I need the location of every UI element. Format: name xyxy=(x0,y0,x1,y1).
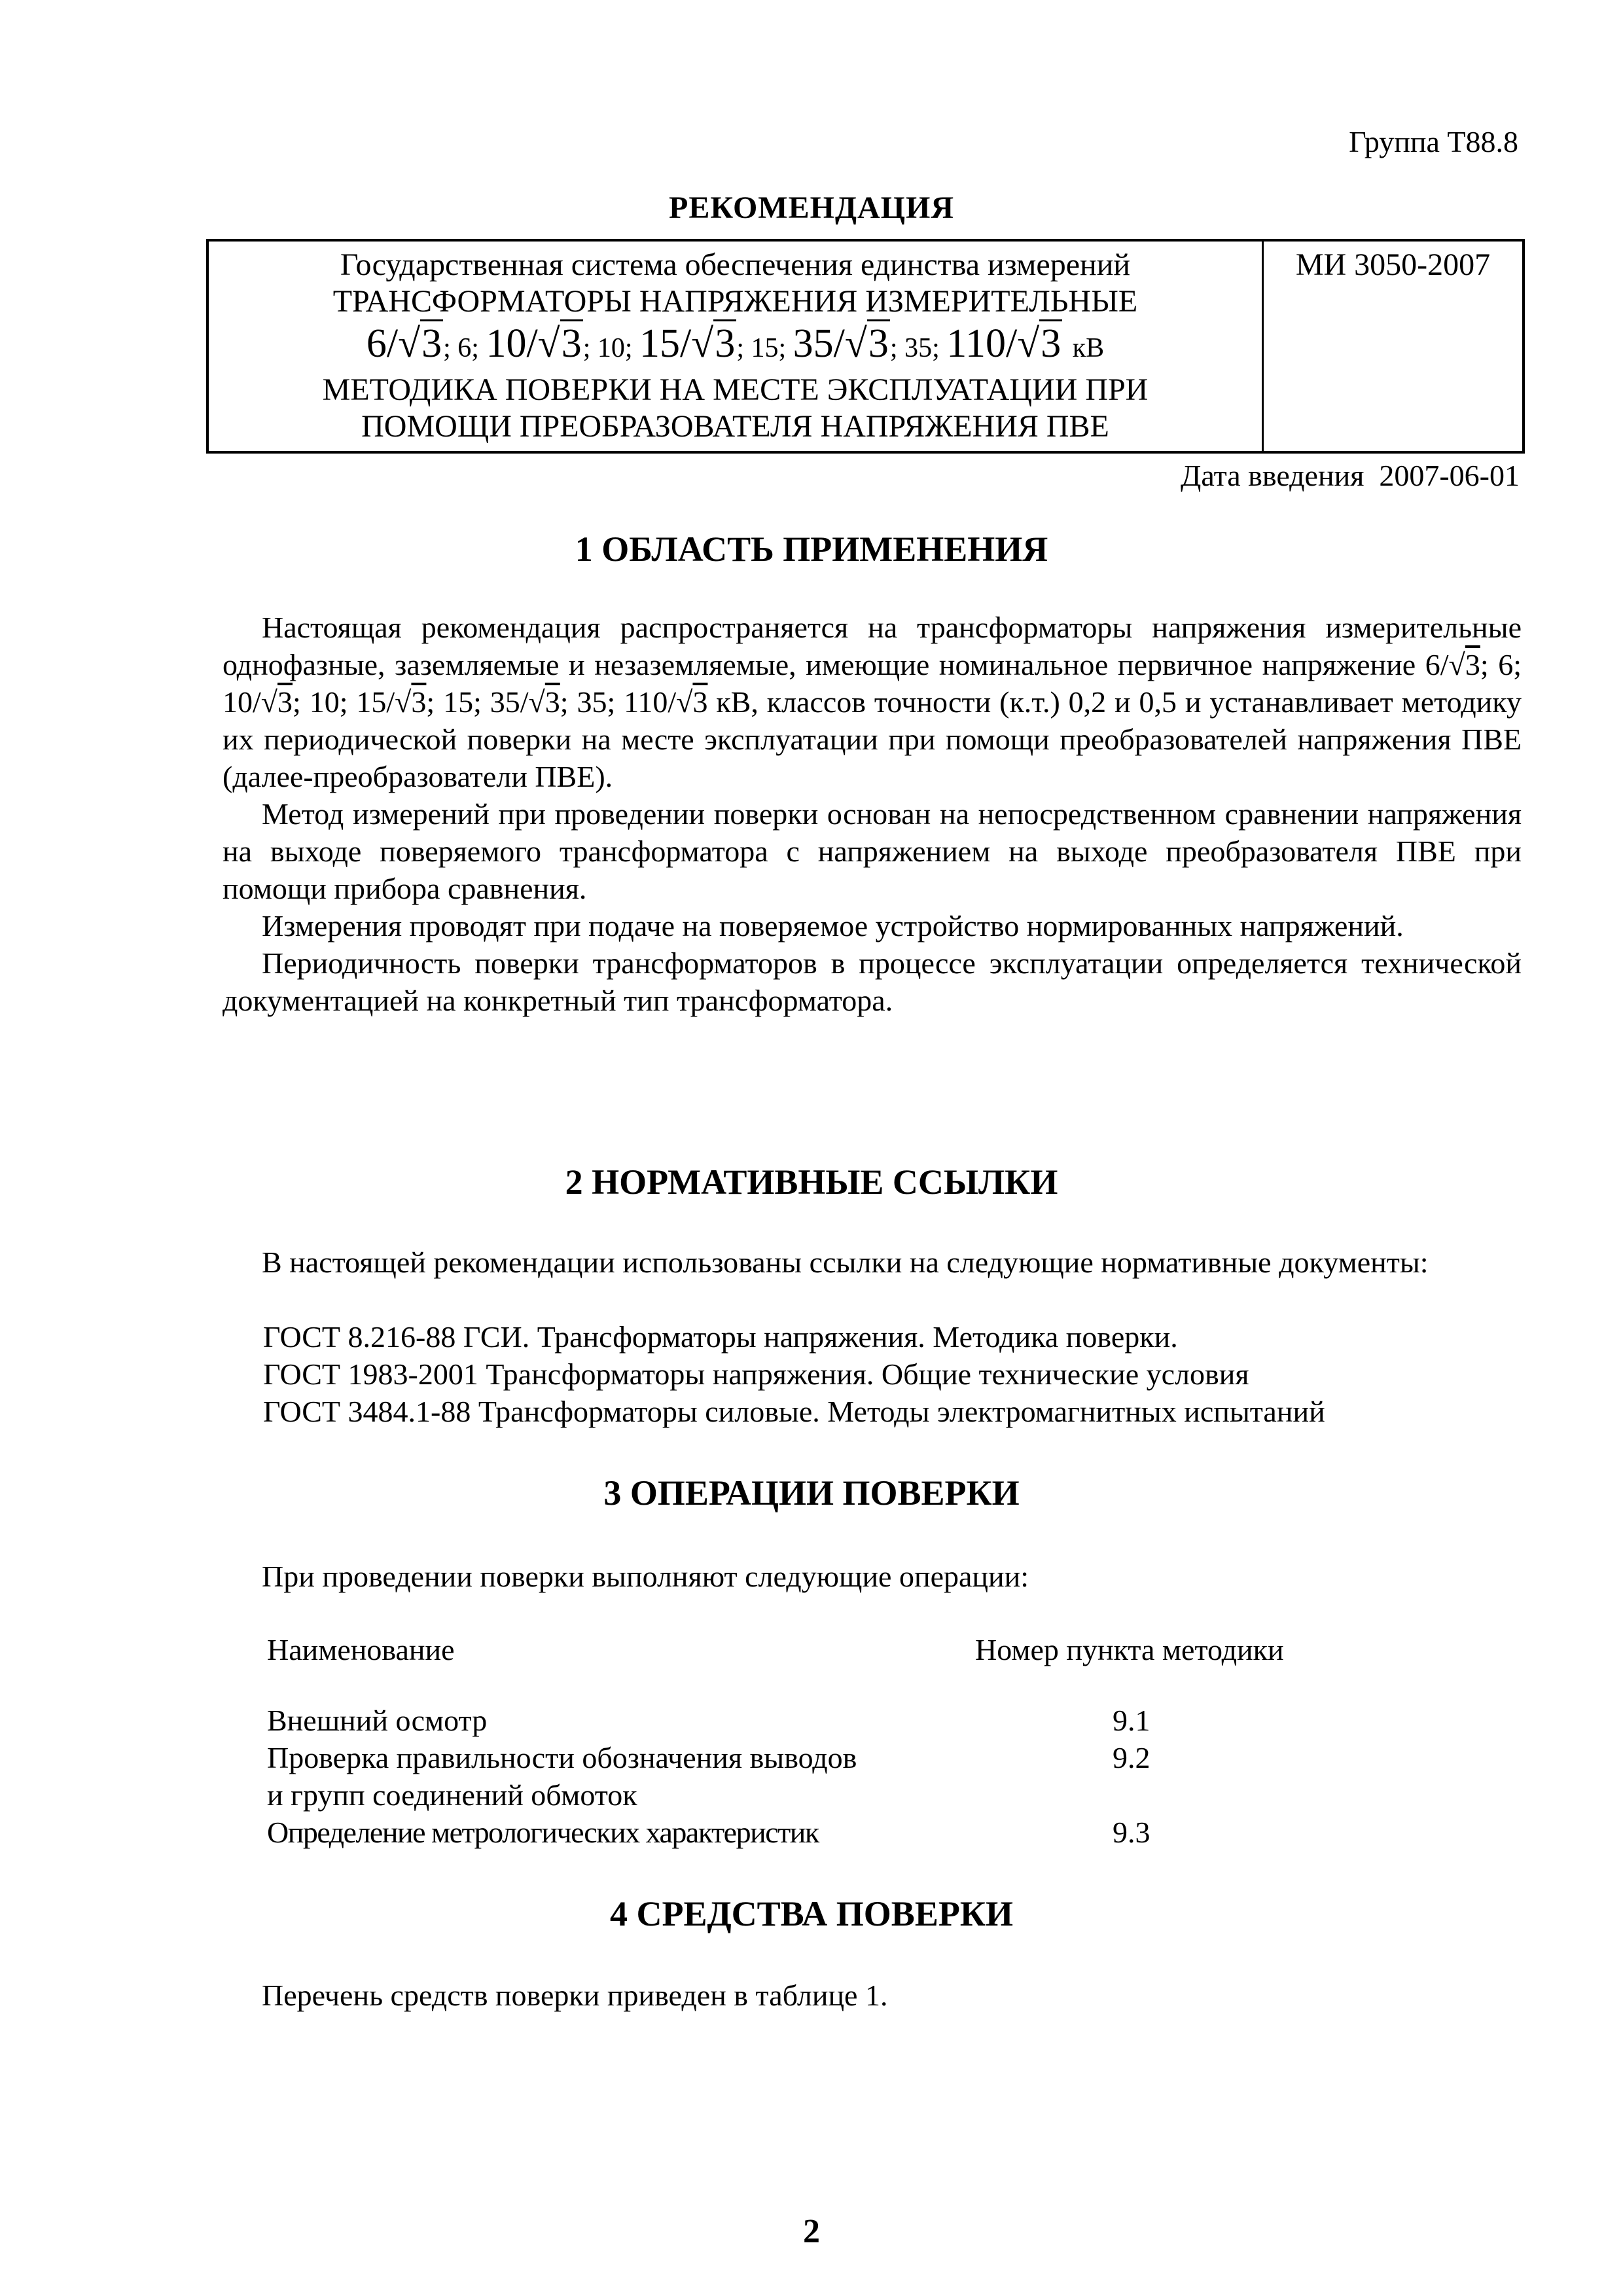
paragraph: Настоящая рекомендация распространяется … xyxy=(223,609,1522,795)
sqrt-symbol: √3 xyxy=(538,320,583,367)
reference-item: ГОСТ 3484.1-88 Трансформаторы силовые. М… xyxy=(223,1393,1325,1430)
voltage-line: 6/√3; 6; 10/√3; 10; 15/√3; 15; 35/√3; 35… xyxy=(209,320,1262,372)
operation-name: Определение метрологических характеристи… xyxy=(267,1814,819,1851)
paragraph: Периодичность поверки трансформаторов в … xyxy=(223,944,1522,1019)
title-line-4: ПОМОЩИ ПРЕОБРАЗОВАТЕЛЯ НАПРЯЖЕНИЯ ПВЕ xyxy=(209,408,1262,445)
section-2-body: В настоящей рекомендации использованы сс… xyxy=(223,1244,1522,1281)
operation-name: Проверка правильности обозначения выводо… xyxy=(267,1739,857,1776)
sqrt-symbol: √3 xyxy=(691,320,736,367)
operation-name: Внешний осмотр xyxy=(267,1702,487,1739)
title-block-main: Государственная система обеспечения един… xyxy=(209,242,1264,451)
title-block: Государственная система обеспечения един… xyxy=(206,239,1525,454)
sqrt-symbol: √3 xyxy=(1017,320,1062,367)
reference-item: ГОСТ 8.216-88 ГСИ. Трансформаторы напряж… xyxy=(223,1318,1178,1355)
section-1-title: 1 ОБЛАСТЬ ПРИМЕНЕНИЯ xyxy=(0,529,1623,569)
section-3-title: 3 ОПЕРАЦИИ ПОВЕРКИ xyxy=(0,1473,1623,1513)
section-2-title: 2 НОРМАТИВНЫЕ ССЫЛКИ xyxy=(0,1162,1623,1202)
operation-number: 9.3 xyxy=(1113,1814,1150,1851)
paragraph: Метод измерений при проведении поверки о… xyxy=(223,795,1522,907)
section-4-title: 4 СРЕДСТВА ПОВЕРКИ xyxy=(0,1893,1623,1934)
sqrt-symbol: √3 xyxy=(398,320,443,367)
column-header-number: Номер пункта методики xyxy=(975,1631,1284,1668)
column-header-name: Наименование xyxy=(267,1631,455,1668)
section-4-body: Перечень средств поверки приведен в табл… xyxy=(262,1977,887,2014)
group-code: Группа Т88.8 xyxy=(1349,124,1518,159)
intro-date: Дата введения 2007-06-01 xyxy=(1181,458,1520,493)
sqrt-symbol: √3 xyxy=(845,320,890,367)
operation-number: 9.1 xyxy=(1113,1702,1150,1739)
title-line-3: МЕТОДИКА ПОВЕРКИ НА МЕСТЕ ЭКСПЛУАТАЦИИ П… xyxy=(209,372,1262,408)
document-type: РЕКОМЕНДАЦИЯ xyxy=(0,190,1623,226)
operation-number: 9.2 xyxy=(1113,1739,1150,1776)
page-number: 2 xyxy=(0,2212,1623,2251)
paragraph: Измерения проводят при подаче на поверяе… xyxy=(223,907,1522,944)
title-line-1: ТРАНСФОРМАТОРЫ НАПРЯЖЕНИЯ ИЗМЕРИТЕЛЬНЫЕ xyxy=(209,283,1262,320)
section-1-body: Настоящая рекомендация распространяется … xyxy=(223,609,1522,1019)
operation-name-cont: и групп соединений обмоток xyxy=(267,1776,637,1814)
paragraph: В настоящей рекомендации использованы сс… xyxy=(223,1244,1522,1281)
section-3-intro: При проведении поверки выполняют следующ… xyxy=(262,1558,1029,1595)
doc-code: МИ 3050-2007 xyxy=(1264,242,1522,451)
system-line: Государственная система обеспечения един… xyxy=(209,247,1262,283)
reference-item: ГОСТ 1983-2001 Трансформаторы напряжения… xyxy=(223,1355,1249,1393)
